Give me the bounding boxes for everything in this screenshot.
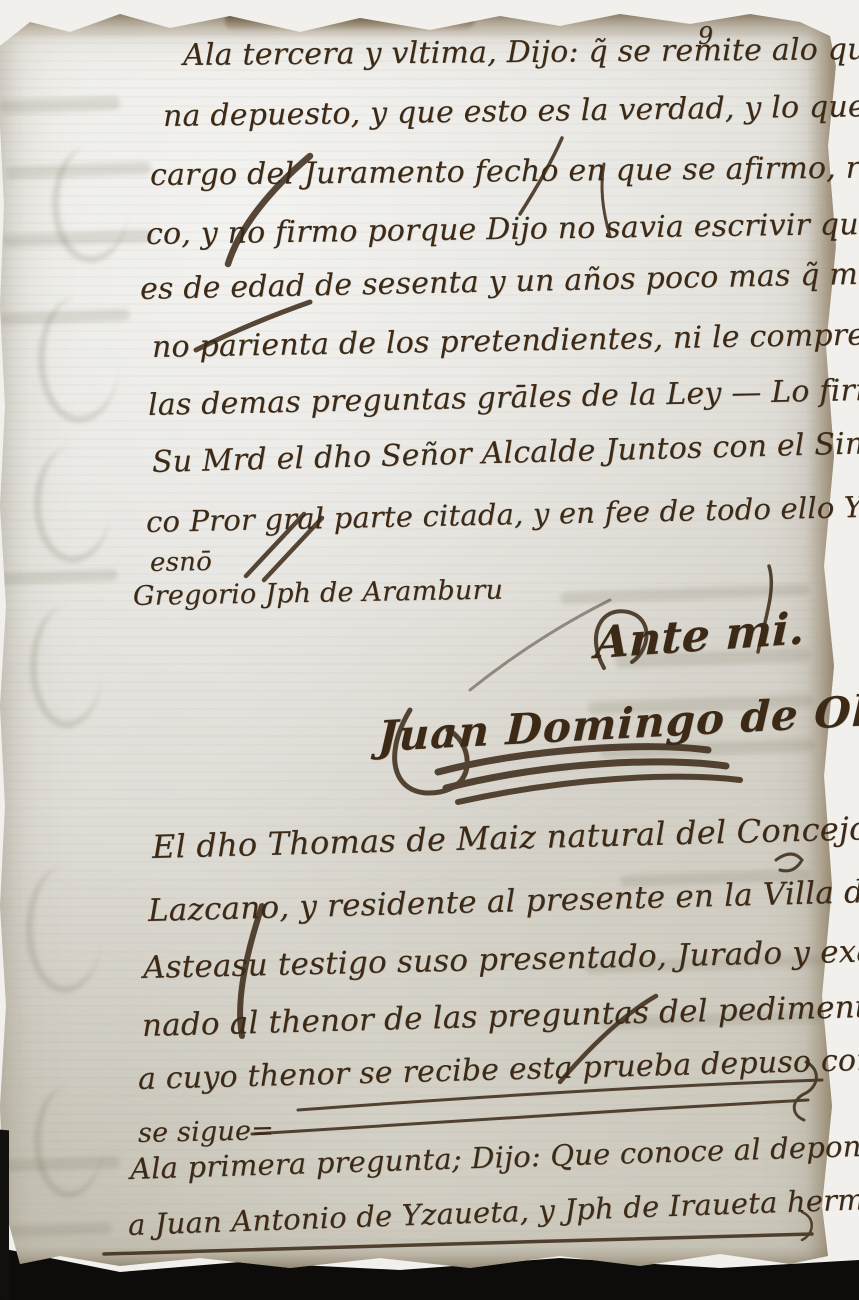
bleedthrough-smudge bbox=[2, 229, 152, 247]
bleedthrough-curl bbox=[26, 866, 103, 993]
manuscript-line: esnō bbox=[150, 547, 212, 578]
bleedthrough-smudge bbox=[6, 161, 151, 179]
bleedthrough-curl bbox=[30, 606, 103, 728]
manuscript-line: cargo del Juramento fecho en que se afir… bbox=[150, 150, 859, 193]
bleedthrough-smudge bbox=[0, 569, 118, 585]
bleedthrough-curl bbox=[34, 446, 111, 563]
signature-escribano: Gregorio Jph de Aramburu bbox=[133, 575, 504, 612]
bleedthrough-smudge bbox=[0, 1156, 120, 1172]
bleedthrough-curl bbox=[34, 1086, 103, 1198]
scan-left-dark-edge bbox=[0, 1130, 9, 1300]
bleedthrough-smudge bbox=[0, 96, 120, 114]
manuscript-line: se sigue= bbox=[138, 1115, 275, 1149]
manuscript-scan: 9 Ala tercera y vltima, Dijo: q̃ se remi… bbox=[0, 0, 859, 1300]
bleedthrough-smudge bbox=[560, 584, 810, 605]
bleedthrough-smudge bbox=[0, 1222, 112, 1238]
manuscript-line: Ala tercera y vltima, Dijo: q̃ se remite… bbox=[183, 31, 859, 73]
